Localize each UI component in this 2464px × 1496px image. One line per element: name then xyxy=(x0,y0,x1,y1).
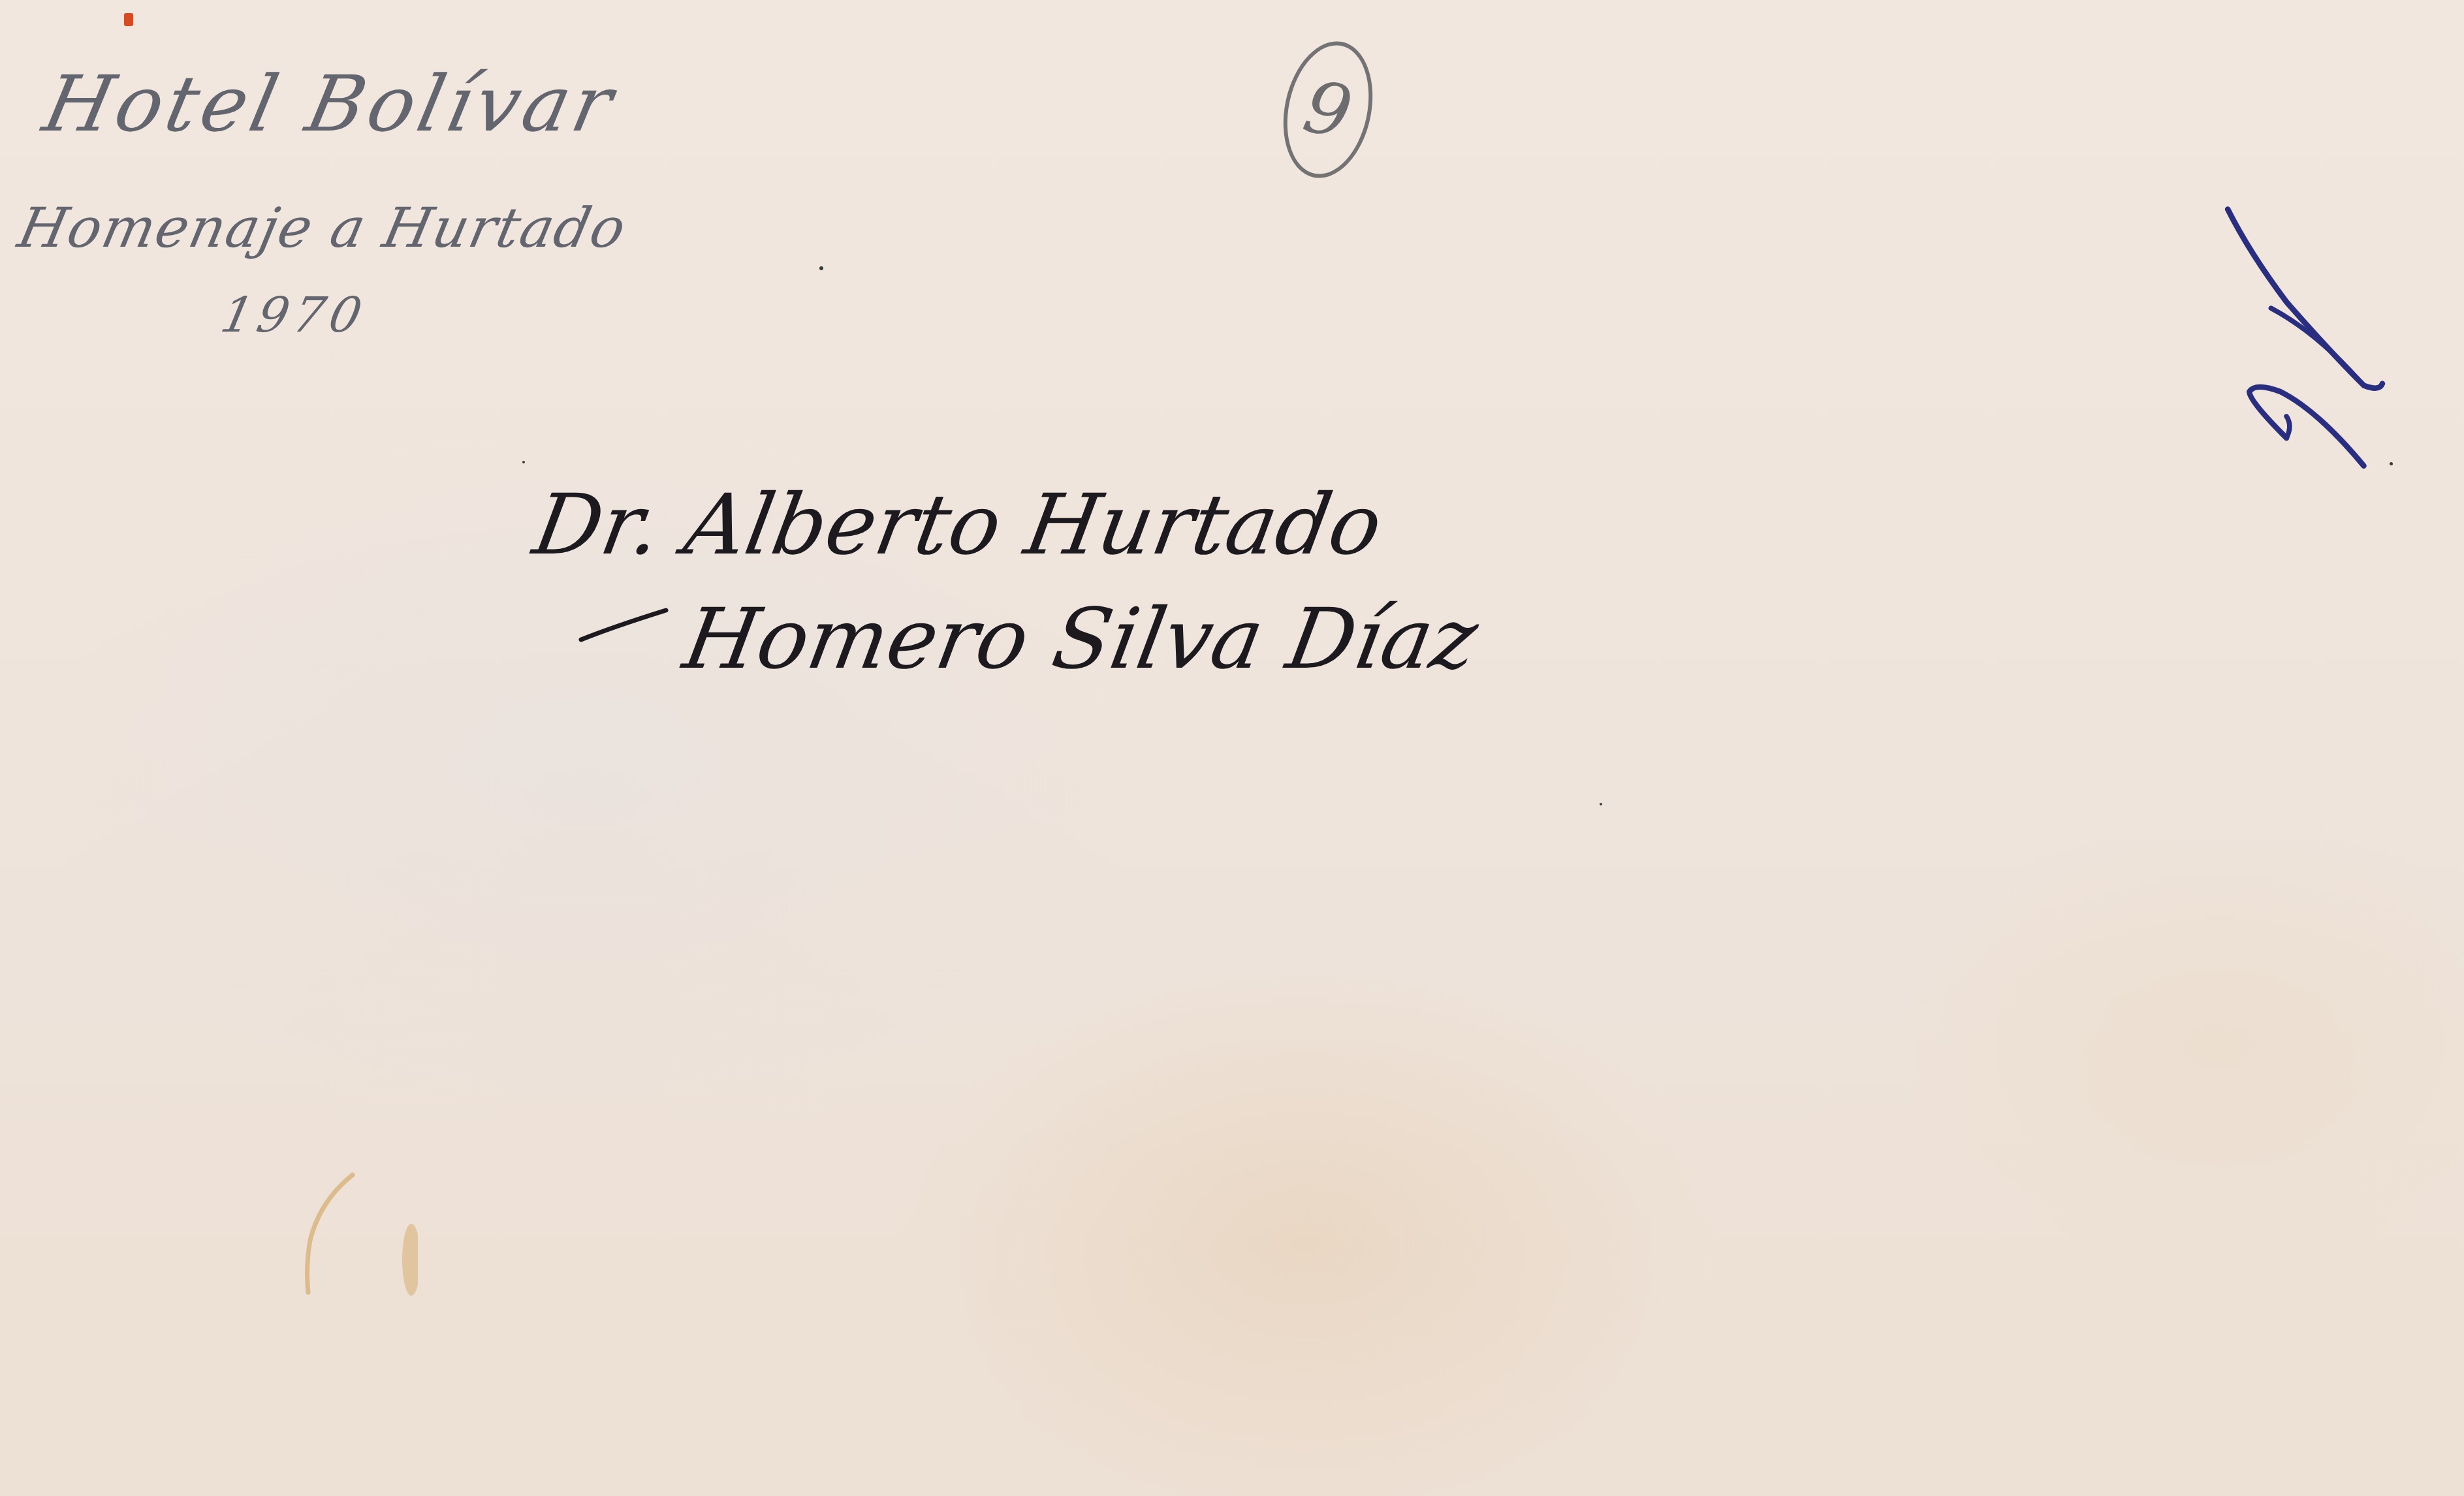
pencil-note-hotel: Hotel Bolívar xyxy=(36,59,624,149)
ink-speck xyxy=(2390,462,2393,465)
paper-stain xyxy=(248,1129,418,1325)
inscription-name-silva-diaz: Homero Silva Díaz xyxy=(677,591,1485,688)
ink-speck xyxy=(819,266,823,270)
ink-speck xyxy=(1600,803,1602,805)
ink-speck xyxy=(522,461,525,463)
checkmark-icon xyxy=(575,607,672,646)
circled-number: 9 xyxy=(1271,33,1384,187)
blue-ink-number-mark xyxy=(2194,183,2429,483)
circled-number-value: 9 xyxy=(1297,64,1359,155)
pencil-note-homenaje: Homenaje a Hurtado xyxy=(13,196,633,260)
inscription-name-hurtado: Dr. Alberto Hurtado xyxy=(527,476,1389,574)
pencil-note-year: 1970 xyxy=(216,287,372,343)
red-ink-dot xyxy=(124,13,133,26)
photo-card-back: Hotel Bolívar Homenaje a Hurtado 1970 9 … xyxy=(0,0,2464,1496)
